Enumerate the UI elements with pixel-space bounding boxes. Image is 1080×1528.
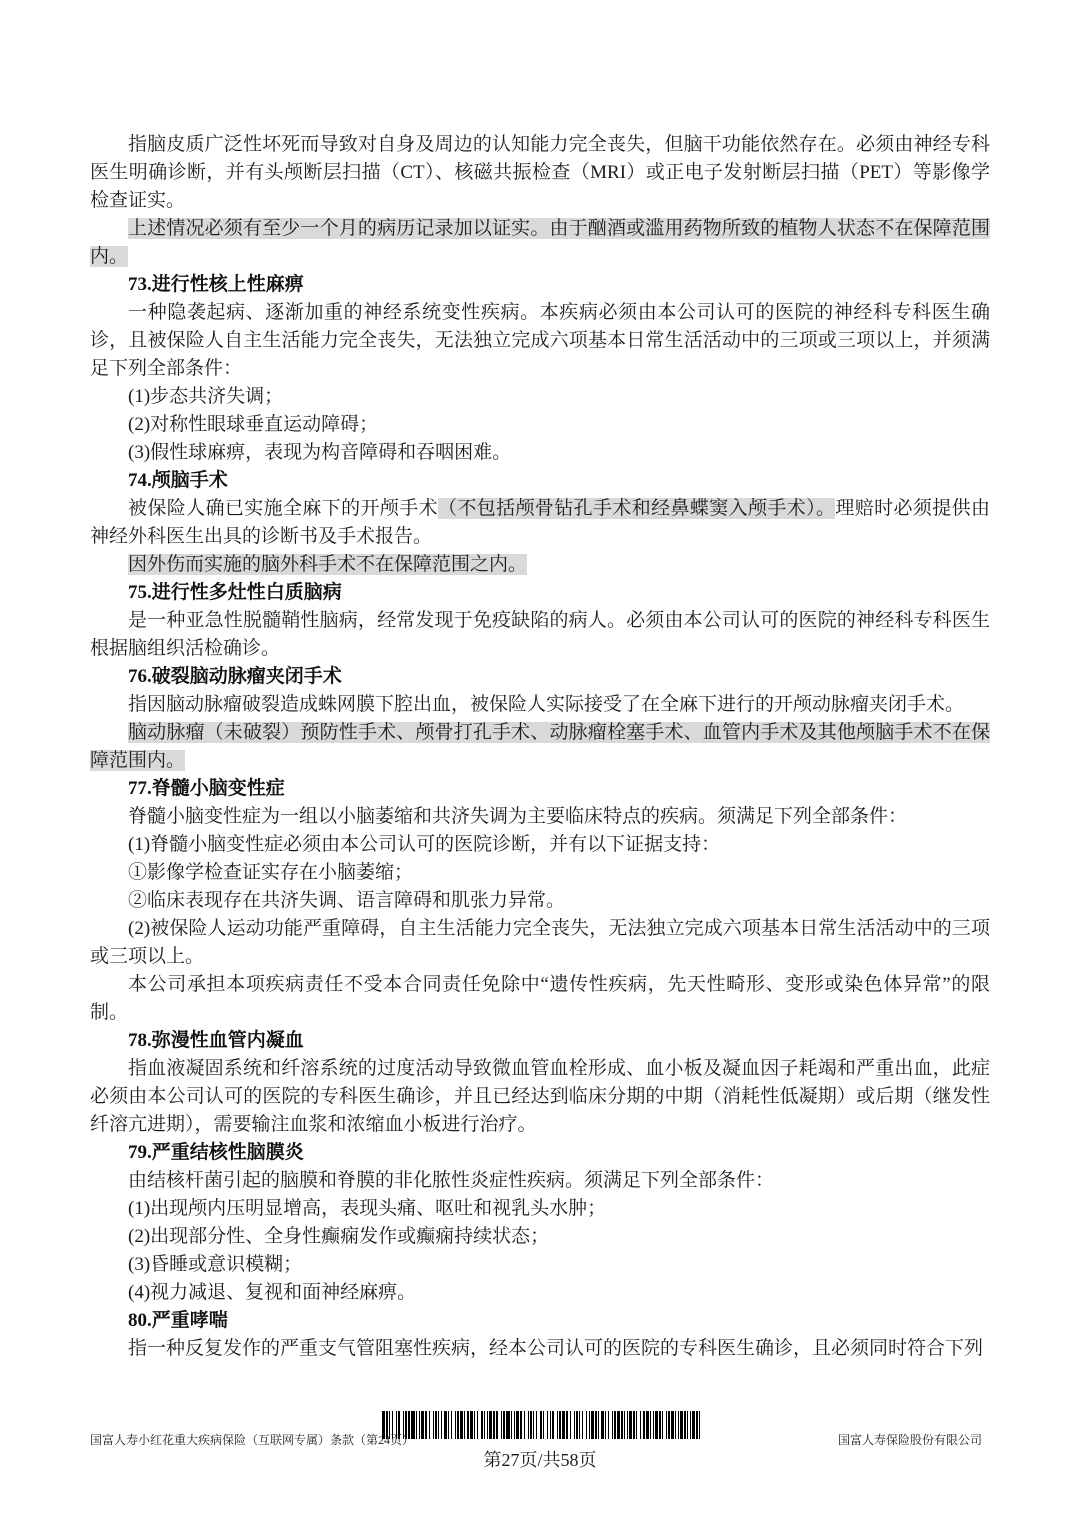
text-segment: ②临床表现存在共济失调、语言障碍和肌张力异常。 [128,890,565,911]
page-number: 第27页/共58页 [0,1448,1080,1472]
text-segment: (4)视力减退、复视和面神经麻痹。 [128,1282,416,1303]
clause-paragraph: 被保险人确已实施全麻下的开颅手术（不包括颅骨钻孔手术和经鼻蝶窦入颅手术）。理赔时… [90,495,990,551]
text-segment: (2)出现部分性、全身性癫痫发作或癫痫持续状态； [128,1226,549,1247]
text-segment: 本公司承担本项疾病责任不受本合同责任免除中“遗传性疾病，先天性畸形、变形或染色体… [90,974,990,1023]
text-segment: (1)脊髓小脑变性症必须由本公司认可的医院诊断，并有以下证据支持： [128,834,720,855]
text-segment: 指脑皮质广泛性坏死而导致对自身及周边的认知能力完全丧失，但脑干功能依然存在。必须… [90,134,990,211]
clause-paragraph: (3)假性球麻痹，表现为构音障碍和吞咽困难。 [90,439,990,467]
clause-paragraph: (2)出现部分性、全身性癫痫发作或癫痫持续状态； [90,1223,990,1251]
text-segment: 80.严重哮喘 [128,1310,228,1331]
footer-company-name: 国富人寿保险股份有限公司 [838,1433,982,1448]
clause-paragraph: 指因脑动脉瘤破裂造成蛛网膜下腔出血，被保险人实际接受了在全麻下进行的开颅动脉瘤夹… [90,691,990,719]
clause-paragraph: (1)步态共济失调； [90,383,990,411]
clause-paragraph: (2)被保险人运动功能严重障碍，自主生活能力完全丧失，无法独立完成六项基本日常生… [90,915,990,971]
clause-paragraph: ①影像学检查证实存在小脑萎缩； [90,859,990,887]
clause-paragraph: 由结核杆菌引起的脑膜和脊膜的非化脓性炎症性疾病。须满足下列全部条件： [90,1167,990,1195]
clause-paragraph: 一种隐袭起病、逐渐加重的神经系统变性疾病。本疾病必须由本公司认可的医院的神经科专… [90,299,990,383]
text-segment: 76.破裂脑动脉瘤夹闭手术 [128,666,342,687]
clause-heading: 75.进行性多灶性白质脑病 [90,579,990,607]
text-segment: (3)昏睡或意识模糊； [128,1254,302,1275]
clause-paragraph: 脊髓小脑变性症为一组以小脑萎缩和共济失调为主要临床特点的疾病。须满足下列全部条件… [90,803,990,831]
text-segment: 指一种反复发作的严重支气管阻塞性疾病，经本公司认可的医院的专科医生确诊，且必须同… [128,1338,983,1359]
text-segment: (1)步态共济失调； [128,386,283,407]
document-page: 指脑皮质广泛性坏死而导致对自身及周边的认知能力完全丧失，但脑干功能依然存在。必须… [0,0,1080,1528]
highlight-segment: （不包括颅骨钻孔手术和经鼻蝶窦入颅手术）。 [438,498,835,519]
highlight-segment: 上述情况必须有至少一个月的病历记录加以证实。由于酗酒或滥用药物所致的植物人状态不… [90,218,990,267]
clause-paragraph: (4)视力减退、复视和面神经麻痹。 [90,1279,990,1307]
text-segment: 73.进行性核上性麻痹 [128,274,304,295]
text-segment: 由结核杆菌引起的脑膜和脊膜的非化脓性炎症性疾病。须满足下列全部条件： [128,1170,774,1191]
clause-paragraph: 指一种反复发作的严重支气管阻塞性疾病，经本公司认可的医院的专科医生确诊，且必须同… [90,1335,990,1363]
text-segment: 78.弥漫性血管内凝血 [128,1030,304,1051]
text-segment: 是一种亚急性脱髓鞘性脑病，经常发现于免疫缺陷的病人。必须由本公司认可的医院的神经… [90,610,990,659]
text-segment: 被保险人确已实施全麻下的开颅手术 [128,498,438,519]
text-segment: (2)被保险人运动功能严重障碍，自主生活能力完全丧失，无法独立完成六项基本日常生… [90,918,990,967]
clause-paragraph: 是一种亚急性脱髓鞘性脑病，经常发现于免疫缺陷的病人。必须由本公司认可的医院的神经… [90,607,990,663]
text-segment: (1)出现颅内压明显增高，表现头痛、呕吐和视乳头水肿； [128,1198,606,1219]
clause-paragraph: (2)对称性眼球垂直运动障碍； [90,411,990,439]
clause-paragraph: 上述情况必须有至少一个月的病历记录加以证实。由于酗酒或滥用药物所致的植物人状态不… [90,215,990,271]
text-segment: 脊髓小脑变性症为一组以小脑萎缩和共济失调为主要临床特点的疾病。须满足下列全部条件… [128,806,907,827]
text-segment: 一种隐袭起病、逐渐加重的神经系统变性疾病。本疾病必须由本公司认可的医院的神经科专… [90,302,990,379]
clause-heading: 80.严重哮喘 [90,1307,990,1335]
clause-heading: 74.颅脑手术 [90,467,990,495]
text-segment: 77.脊髓小脑变性症 [128,778,285,799]
clause-paragraph: 指血液凝固系统和纤溶系统的过度活动导致微血管血栓形成、血小板及凝血因子耗竭和严重… [90,1055,990,1139]
text-segment: 指血液凝固系统和纤溶系统的过度活动导致微血管血栓形成、血小板及凝血因子耗竭和严重… [90,1058,990,1135]
text-segment: 79.严重结核性脑膜炎 [128,1142,304,1163]
text-segment: 74.颅脑手术 [128,470,228,491]
clause-paragraph: ②临床表现存在共济失调、语言障碍和肌张力异常。 [90,887,990,915]
clause-text-body: 指脑皮质广泛性坏死而导致对自身及周边的认知能力完全丧失，但脑干功能依然存在。必须… [90,131,990,1363]
barcode [382,1411,700,1439]
text-segment: (2)对称性眼球垂直运动障碍； [128,414,378,435]
highlight-segment: 脑动脉瘤（未破裂）预防性手术、颅骨打孔手术、动脉瘤栓塞手术、血管内手术及其他颅脑… [90,722,990,771]
clause-paragraph: (1)脊髓小脑变性症必须由本公司认可的医院诊断，并有以下证据支持： [90,831,990,859]
clause-paragraph: 本公司承担本项疾病责任不受本合同责任免除中“遗传性疾病，先天性畸形、变形或染色体… [90,971,990,1027]
text-segment: 75.进行性多灶性白质脑病 [128,582,342,603]
clause-heading: 76.破裂脑动脉瘤夹闭手术 [90,663,990,691]
clause-heading: 79.严重结核性脑膜炎 [90,1139,990,1167]
clause-paragraph: 指脑皮质广泛性坏死而导致对自身及周边的认知能力完全丧失，但脑干功能依然存在。必须… [90,131,990,215]
clause-paragraph: (1)出现颅内压明显增高，表现头痛、呕吐和视乳头水肿； [90,1195,990,1223]
footer-product-name: 国富人寿小红花重大疾病保险（互联网专属）条款（第24页） [90,1433,414,1448]
clause-heading: 77.脊髓小脑变性症 [90,775,990,803]
text-segment: ①影像学检查证实存在小脑萎缩； [128,862,413,883]
clause-heading: 78.弥漫性血管内凝血 [90,1027,990,1055]
clause-paragraph: 因外伤而实施的脑外科手术不在保障范围之内。 [90,551,990,579]
clause-paragraph: 脑动脉瘤（未破裂）预防性手术、颅骨打孔手术、动脉瘤栓塞手术、血管内手术及其他颅脑… [90,719,990,775]
text-segment: 指因脑动脉瘤破裂造成蛛网膜下腔出血，被保险人实际接受了在全麻下进行的开颅动脉瘤夹… [128,694,964,715]
clause-paragraph: (3)昏睡或意识模糊； [90,1251,990,1279]
highlight-segment: 因外伤而实施的脑外科手术不在保障范围之内。 [128,554,527,575]
text-segment: (3)假性球麻痹，表现为构音障碍和吞咽困难。 [128,442,511,463]
clause-heading: 73.进行性核上性麻痹 [90,271,990,299]
